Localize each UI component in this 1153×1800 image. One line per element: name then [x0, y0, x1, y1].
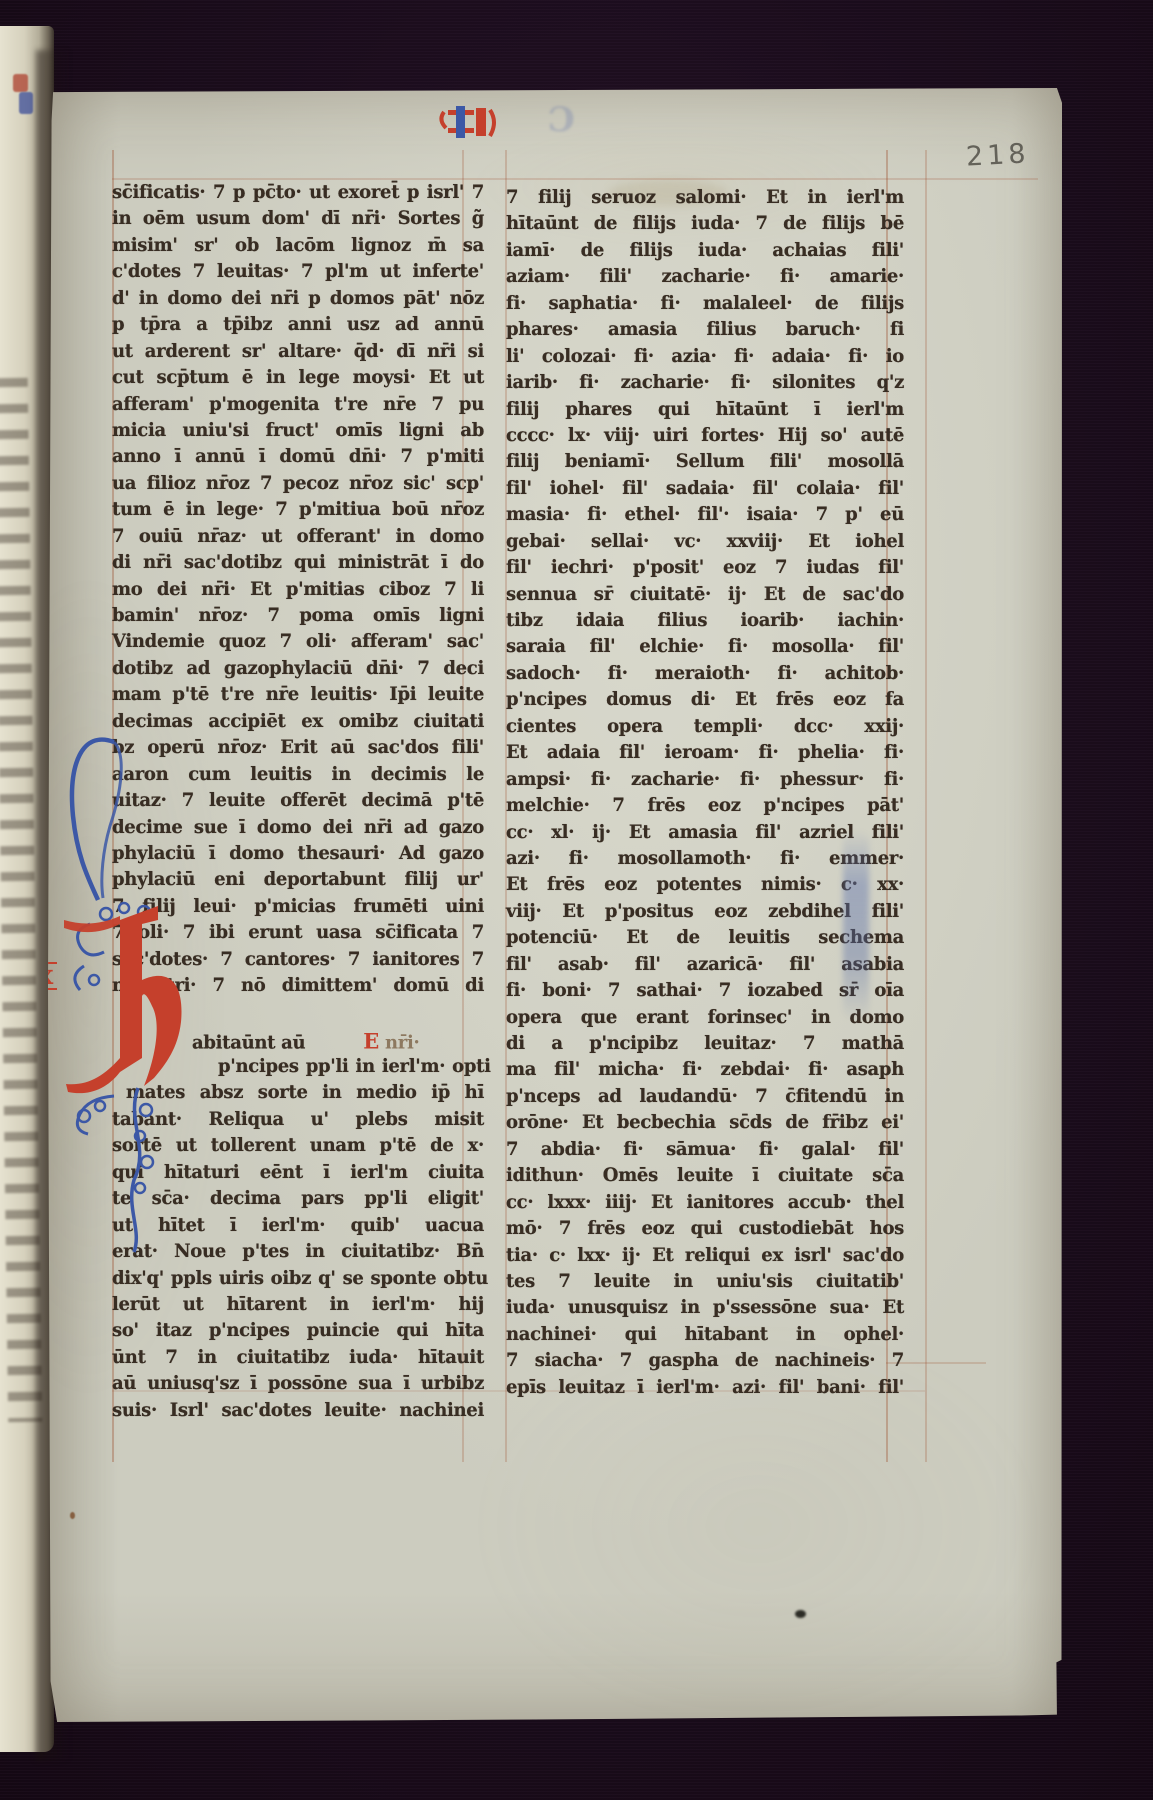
ink-showthrough: Ɔ	[548, 100, 575, 140]
text-line: hītaūnt de filijs iuda· 7 de filijs bē	[506, 211, 904, 238]
text-line: di a p'ncipibz leuitaz· 7 mathā	[506, 1030, 904, 1057]
rubric-guide-initial: E	[363, 1027, 379, 1053]
text-line: mō· 7 frēs eoz qui custodiebāt hos	[506, 1216, 904, 1243]
text-line: p tp̄ra a tp̄ibz anni usz ad annū	[112, 312, 484, 339]
text-line: 7 abdia· fi· sāmua· fi· galal· fil'	[506, 1136, 904, 1163]
header-flourish	[441, 112, 446, 128]
text-line: micia uniu'si fruct' omīs ligni ab	[112, 417, 484, 444]
ruling-line-vertical	[925, 150, 927, 1462]
text-line: dix'q' ppls uiris oibz q' se sponte obtu	[112, 1265, 484, 1292]
illuminated-initial-h	[54, 728, 186, 1262]
text-line: tibz idaia filius ioarib· iachin·	[506, 607, 904, 634]
text-line: fil' iohel· fil' sadaia· fil' colaia· fi…	[506, 475, 904, 502]
text-line: tes 7 leuite in uniu'sis ciuitatib'	[506, 1268, 904, 1295]
text-line: saraia fil' elchie· fi· mosolla· fil'	[506, 634, 904, 661]
text-line: iuda· unusquisz in p'ssessōne sua· Et	[506, 1295, 904, 1322]
text-line: mam p'tē t're nr̄e leuitis· Ip̄i leuite	[112, 682, 484, 709]
manuscript-page: II Ɔ 218 sc̄ificatis· 7 p pc̄to· ut exor…	[48, 88, 1062, 1722]
text-line: ampsi· fi· zacharie· fi· phessur· fi·	[506, 766, 904, 793]
text-column-right: 7 filij seruoz salomi· Et in ierl'mhītaū…	[506, 185, 904, 1401]
text-line: aziam· fili' zacharie· fi· amarie·	[506, 264, 904, 291]
text-line: ua filioz nr̄oz 7 pecoz nr̄oz sic' scp'	[112, 470, 484, 497]
initial-h-bowl	[142, 976, 182, 1086]
text-line: suis· Isrl' sac'dotes leuite· nachinei	[112, 1397, 484, 1424]
text-line: p'ncipes domus di· Et frēs eoz fa	[506, 687, 904, 714]
text-line: iamī· de filijs iuda· achaias fili'	[506, 237, 904, 264]
text-line: melchie· 7 frēs eoz p'ncipes pāt'	[506, 793, 904, 820]
filigree-descender	[132, 1088, 140, 1252]
text-line: so' itaz p'ncipes puincie qui hīta	[112, 1318, 484, 1345]
initial-h-tail	[66, 1058, 120, 1093]
text-line: sc̄ificatis· 7 p pc̄to· ut exoret̄ p isr…	[112, 179, 484, 206]
text-line: iarib· fi· zacharie· fi· silonites q'z	[506, 370, 904, 397]
text-line: idithun· Omēs leuite ī ciuitate sc̄a	[506, 1163, 904, 1190]
text-line: di nr̄i sac'dotibz qui ministrāt ī do	[112, 550, 484, 577]
text-line: li' colozai· fi· azia· fi· adaia· fi· io	[506, 343, 904, 370]
text-line: p'nceps ad laudandū· 7 c̄fitendū in	[506, 1083, 904, 1110]
blue-pigment-smudge	[843, 830, 869, 1022]
text-line: cc· lxxx· iiij· Et ianitores accub· thel	[506, 1189, 904, 1216]
text-line: c'dotes 7 leuitas· 7 pl'm ut inferte'	[112, 259, 484, 286]
running-title-numeral: II	[436, 98, 532, 146]
text-line: filij phares qui hītaūnt ī ierl'm	[506, 396, 904, 423]
text-line: phares· amasia filius baruch· fi	[506, 317, 904, 344]
text-line: mo dei nr̄i· Et p'mitias ciboz 7 li	[112, 576, 484, 603]
chapter-opening-text: abitaūnt aū	[192, 1031, 305, 1053]
text-line: d' in domo dei nr̄i p domos pāt' nōz	[112, 285, 484, 312]
facing-header-blue-mark	[19, 92, 33, 114]
text-line: bamin' nr̄oz· 7 poma omīs ligni	[112, 602, 484, 629]
text-line: nachinei· qui hītabant in ophel·	[506, 1321, 904, 1348]
text-line: in oēm usum dom' dī nr̄i· Sortes g̃	[112, 206, 484, 233]
text-line: 7 ouiū nr̄az· ut offerant' in domo	[112, 523, 484, 550]
facing-header-red-mark	[13, 74, 28, 92]
text-line: gebai· sellai· vc· xxviij· Et iohel	[506, 528, 904, 555]
text-line: aū uniusq'sz ī possōne sua ī urbibz	[112, 1371, 484, 1398]
text-line: Et adaia fil' ieroam· fi· phelia· fi·	[506, 740, 904, 767]
text-line: tia· c· lxx· ij· Et reliqui ex isrl' sac…	[506, 1242, 904, 1269]
text-line: masia· fi· ethel· fil'· isaia· 7 p' eū	[506, 502, 904, 529]
text-line: orōne· Et becbechia sc̄ds de fr̄ibz ei'	[506, 1110, 904, 1137]
text-line: sennua sr̄ ciuitatē· ij· Et de sac'do	[506, 581, 904, 608]
ink-spot	[795, 1610, 806, 1618]
rubric-guide-note: nr̄i·	[385, 1031, 419, 1053]
text-line: sadoch· fi· meraioth· fi· achitob·	[506, 660, 904, 687]
text-line: misim' sr' ob lacōm lignoz m̄ sa	[112, 232, 484, 259]
text-line: filij beniamī· Sellum fili' mosollā	[506, 449, 904, 476]
text-line: cut scp̄tum ē in lege moysi· Et ut	[112, 365, 484, 392]
text-line: fi· saphatia· fi· malaleel· de filijs	[506, 290, 904, 317]
text-line: 7 filij seruoz salomi· Et in ierl'm	[506, 184, 904, 211]
rust-speck	[70, 1512, 75, 1519]
text-line: ut arderent sr' altare· q̄d· dī nr̄i si	[112, 338, 484, 365]
text-line: cientes opera templi· dcc· xxij·	[506, 713, 904, 740]
text-line: dotibz ad gazophylaciū dn̄i· 7 deci	[112, 655, 484, 682]
text-line: Vindemie quoz 7 oli· afferam' sac'	[112, 629, 484, 656]
text-line: anno ī annū ī domū dn̄i· 7 p'miti	[112, 444, 484, 471]
text-line: afferam' p'mogenita t're nr̄e 7 pu	[112, 391, 484, 418]
text-line: fil' iechri· p'posit' eoz 7 iudas fil'	[506, 555, 904, 582]
text-line: lerūt ut hītarent in ierl'm· hij	[112, 1291, 484, 1318]
text-line: 7 siacha· 7 gaspha de nachineis· 7	[506, 1348, 904, 1375]
folio-number: 218	[965, 138, 1030, 172]
text-line: tum ē in lege· 7 p'mitiua boū nr̄oz	[112, 497, 484, 524]
text-line: epīs leuitaz ī ierl'm· azi· fil' bani· f…	[506, 1374, 904, 1401]
photograph-backdrop: II Ɔ 218 sc̄ificatis· 7 p pc̄to· ut exor…	[0, 0, 1153, 1800]
filigree-ascender-loop	[72, 740, 114, 900]
text-line: ūnt 7 in ciuitatibz iuda· hītauit	[112, 1344, 484, 1371]
text-line: cccc· lx· viij· uiri fortes· Hij so' aut…	[506, 422, 904, 449]
text-line: ma fil' micha· fi· zebdai· fi· asaph	[506, 1057, 904, 1084]
